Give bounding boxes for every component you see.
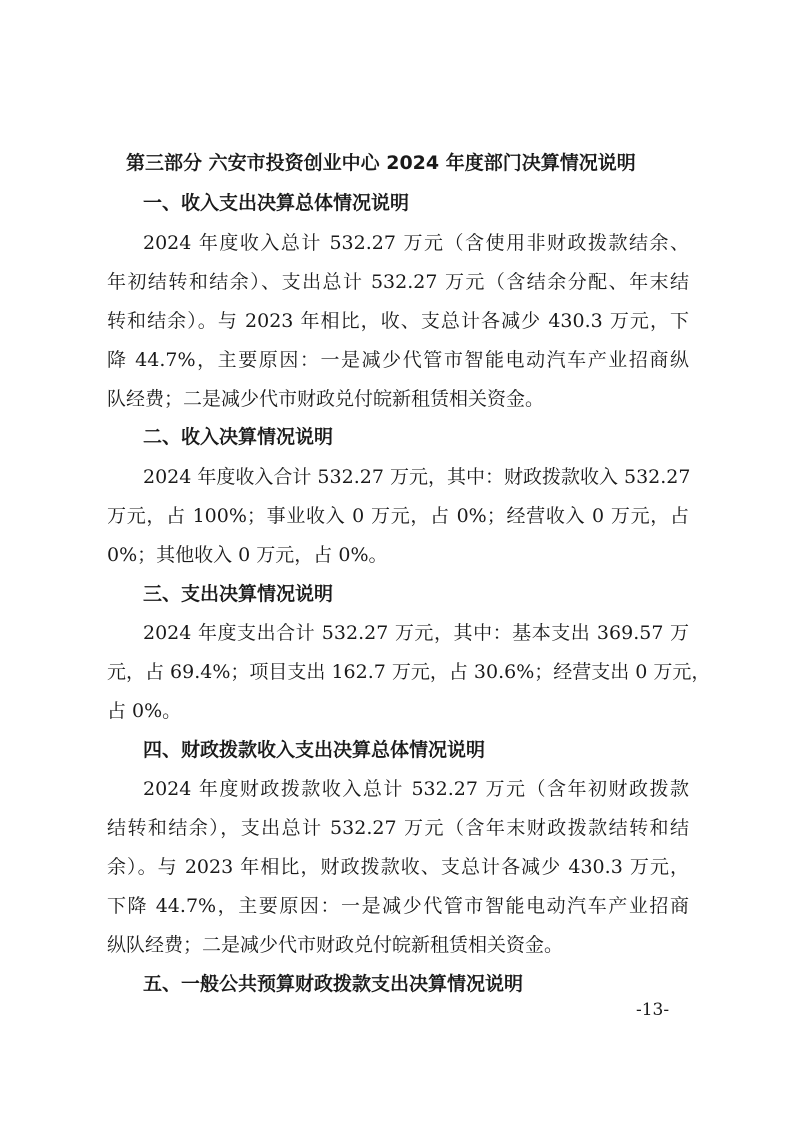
paragraph-line: 降 44.7%，主要原因：一是减少代管市智能电动汽车产业招商纵 xyxy=(107,345,689,372)
paragraph-line: 年初结转和结余）、支出总计 532.27 万元（含结余分配、年末结 xyxy=(107,267,689,294)
paragraph-line: 2024 年度收入合计 532.27 万元，其中：财政拨款收入 532.27 xyxy=(143,462,689,489)
paragraph-line: 纵队经费；二是减少代市财政兑付皖新租赁相关资金。 xyxy=(107,930,689,957)
paragraph-line: 元，占 69.4%；项目支出 162.7 万元，占 30.6%；经营支出 0 万… xyxy=(107,657,689,684)
section-heading-3: 三、支出决算情况说明 xyxy=(143,579,333,606)
section-heading-2: 二、收入决算情况说明 xyxy=(143,422,333,449)
paragraph-line: 下降 44.7%，主要原因：一是减少代管市智能电动汽车产业招商 xyxy=(107,891,689,918)
section-heading-1: 一、收入支出决算总体情况说明 xyxy=(143,188,409,215)
paragraph-line: 2024 年度支出合计 532.27 万元，其中：基本支出 369.57 万 xyxy=(143,618,689,645)
paragraph-line: 2024 年度收入总计 532.27 万元（含使用非财政拨款结余、 xyxy=(143,228,689,255)
page-number: -13- xyxy=(636,1000,669,1020)
paragraph-line: 队经费；二是减少代市财政兑付皖新租赁相关资金。 xyxy=(107,384,689,411)
paragraph-line: 占 0%。 xyxy=(107,696,689,723)
document-page: 第三部分 六安市投资创业中心 2024 年度部门决算情况说明 一、收入支出决算总… xyxy=(0,0,793,1122)
paragraph-line: 结转和结余），支出总计 532.27 万元（含年末财政拨款结转和结 xyxy=(107,813,689,840)
page-title: 第三部分 六安市投资创业中心 2024 年度部门决算情况说明 xyxy=(126,148,686,175)
paragraph-line: 余）。与 2023 年相比，财政拨款收、支总计各减少 430.3 万元， xyxy=(107,852,689,879)
section-heading-4: 四、财政拨款收入支出决算总体情况说明 xyxy=(143,735,485,762)
paragraph-line: 转和结余）。与 2023 年相比，收、支总计各减少 430.3 万元，下 xyxy=(107,306,689,333)
paragraph-line: 2024 年度财政拨款收入总计 532.27 万元（含年初财政拨款 xyxy=(143,774,689,801)
paragraph-line: 0%；其他收入 0 万元，占 0%。 xyxy=(107,540,689,567)
paragraph-line: 万元，占 100%；事业收入 0 万元，占 0%；经营收入 0 万元，占 xyxy=(107,501,689,528)
section-heading-5: 五、一般公共预算财政拨款支出决算情况说明 xyxy=(143,969,523,996)
